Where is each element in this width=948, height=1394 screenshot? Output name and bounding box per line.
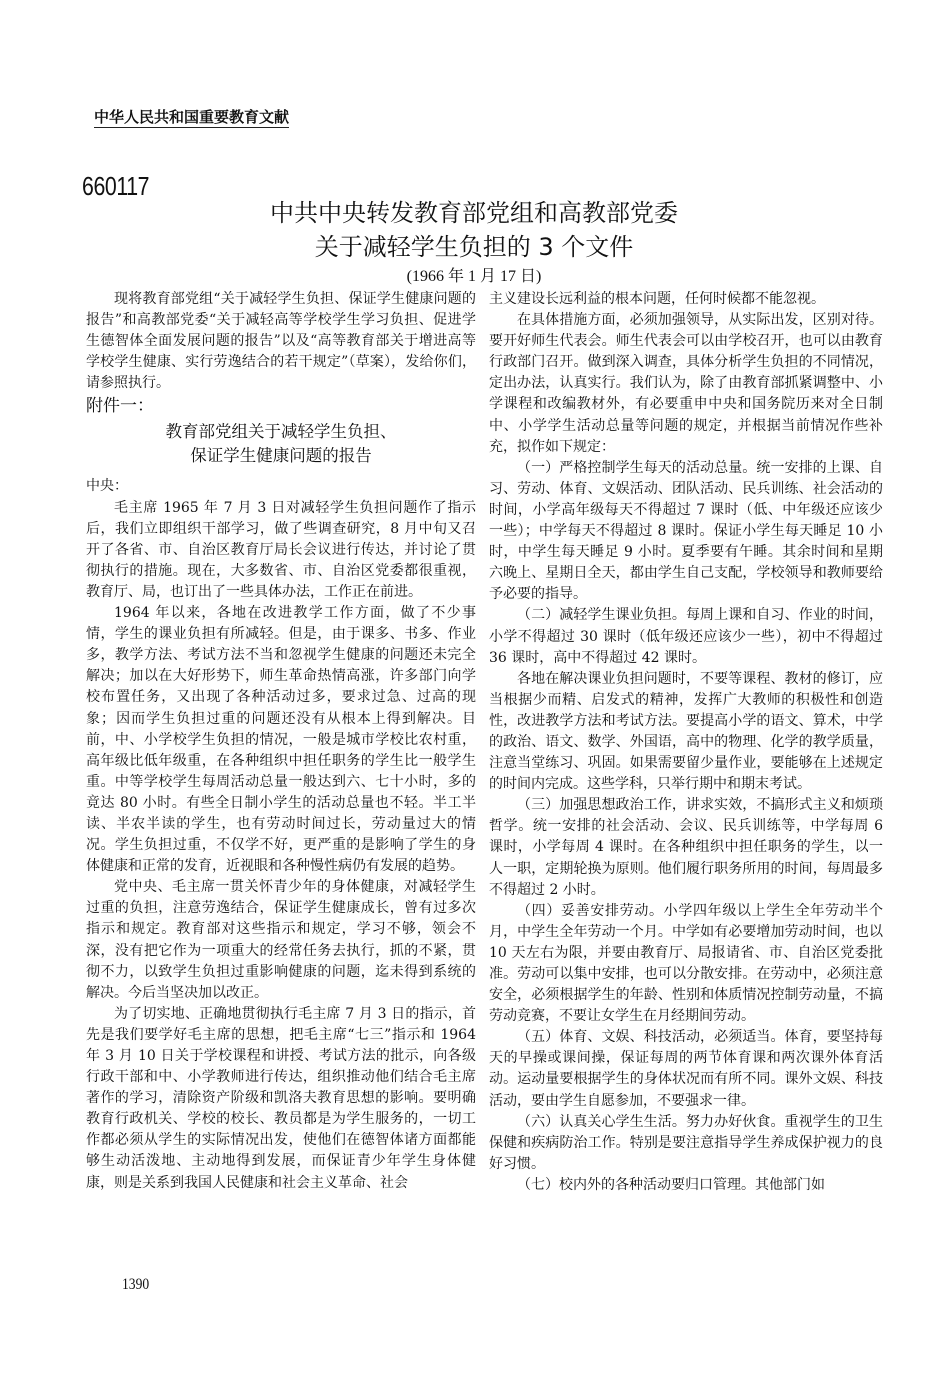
intro-paragraph: 现将教育部党组“关于减轻学生负担、保证学生健康问题的报告”和高教部党委“关于减轻… xyxy=(86,289,476,394)
rule-item-6: （六）认真关心学生生活。努力办好伙食。重视学生的卫生保健和疾病防治工作。特别是要… xyxy=(489,1112,883,1175)
salutation: 中央： xyxy=(86,476,476,497)
rule-item-3: （三）加强思想政治工作，讲求实效，不搞形式主义和烦琐哲学。统一安排的社会活动、会… xyxy=(489,795,883,900)
right-column: 主义建设长远利益的根本问题，任何时候都不能忽视。 在具体措施方面，必须加强领导，… xyxy=(489,289,883,1196)
attachment-title-line-1: 教育部党组关于减轻学生负担、 xyxy=(86,420,476,444)
page-number: 1390 xyxy=(122,1276,149,1294)
rule-item-2: （二）减轻学生课业负担。每周上课和自习、作业的时间，小学不得超过 30 课时（低… xyxy=(489,605,883,668)
rule-item-7: （七）校内外的各种活动要归口管理。其他部门如 xyxy=(489,1175,883,1196)
body-paragraph: 毛主席 1965 年 7 月 3 日对减轻学生负担问题作了指示后，我们立即组织干… xyxy=(86,498,476,603)
title-line-1: 中共中央转发教育部党组和高教部党委 xyxy=(0,196,948,230)
rule-item-1: （一）严格控制学生每天的活动总量。统一安排的上课、自习、劳动、体育、文娱活动、团… xyxy=(489,458,883,606)
body-paragraph: 为了切实地、正确地贯彻执行毛主席 7 月 3 日的指示，首先是我们要学好毛主席的… xyxy=(86,1004,476,1194)
rule-item-5: （五）体育、文娱、科技活动，必须适当。体育，要坚持每天的早操或课间操，保证每周的… xyxy=(489,1027,883,1111)
body-paragraph: 1964 年以来，各地在改进教学工作方面，做了不少事情，学生的课业负担有所减轻。… xyxy=(86,603,476,877)
attachment-title-line-2: 保证学生健康问题的报告 xyxy=(86,444,476,468)
body-paragraph: 在具体措施方面，必须加强领导，从实际出发，区别对待。要开好师生代表会。师生代表会… xyxy=(489,310,883,458)
body-paragraph-continued: 主义建设长远利益的根本问题，任何时候都不能忽视。 xyxy=(489,289,883,310)
body-paragraph: 党中央、毛主席一贯关怀青少年的身体健康，对减轻学生过重的负担，注意劳逸结合，保证… xyxy=(86,877,476,1004)
left-column: 现将教育部党组“关于减轻学生负担、保证学生健康问题的报告”和高教部党委“关于减轻… xyxy=(86,289,476,1194)
title-line-2: 关于减轻学生负担的 3 个文件 xyxy=(0,230,948,264)
attachment-title: 教育部党组关于减轻学生负担、 保证学生健康问题的报告 xyxy=(86,420,476,468)
document-title: 中共中央转发教育部党组和高教部党委 关于减轻学生负担的 3 个文件 xyxy=(0,196,948,264)
attachment-label: 附件一： xyxy=(86,394,476,418)
document-date: (1966 年 1 月 17 日) xyxy=(0,263,948,286)
running-head: 中华人民共和国重要教育文献 xyxy=(94,108,289,128)
rule-item-4: （四）妥善安排劳动。小学四年级以上学生全年劳动半个月，中学生全年劳动一个月。中学… xyxy=(489,901,883,1028)
body-paragraph: 各地在解决课业负担问题时，不要等课程、教材的修订，应当根据少而精、启发式的精神，… xyxy=(489,669,883,796)
